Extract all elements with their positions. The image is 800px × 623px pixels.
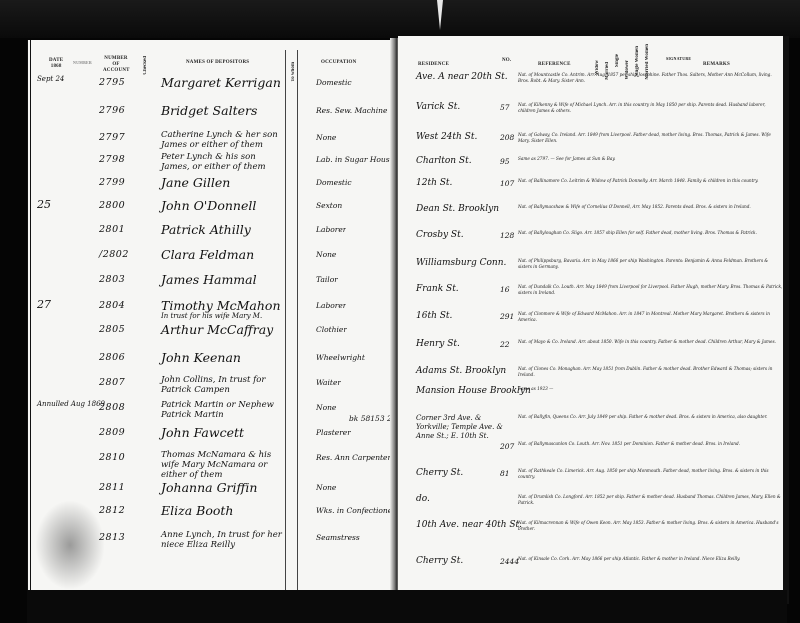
reference-description: Nat. of Ballinamore Co. Leitrim & Widow … [518, 178, 783, 184]
entry-date: Annulled Aug 1869 [37, 400, 105, 408]
reference-description: Nat. of Ballyfin, Queens Co. Arr. July 1… [518, 414, 783, 420]
account-number: 2803 [99, 274, 125, 285]
reference-number: 2444 [500, 557, 519, 566]
account-number: 2797 [99, 132, 125, 143]
depositor-name: James Hammal [161, 272, 257, 287]
occupation: Laborer [316, 225, 346, 234]
residence: 16th St. [416, 311, 452, 321]
occupation: Waiter [316, 378, 341, 387]
residence: Adams St. Brooklyn [416, 366, 506, 376]
account-number: /2802 [99, 249, 129, 260]
depositor-name: John Collins, In trust for Patrick Campe… [161, 375, 286, 395]
reference-description: Nat. of Clones Co. Monaghan. Arr. May 18… [518, 366, 783, 378]
residence: Charlton St. [416, 156, 472, 166]
occupation: Seamstress [316, 533, 360, 542]
document-viewer: DATE 1868 Number Number of Account Check… [0, 0, 800, 623]
header-residence: RESIDENCE [418, 62, 449, 68]
reference-description: Nat. of Kilmacrennan & Wife of Owen Keon… [518, 520, 783, 532]
entry-date: 27 [37, 298, 51, 311]
residence: Henry St. [416, 339, 460, 349]
depositor-name: John O'Donnell [161, 198, 256, 213]
occupation: Res. Ann Carpenter [316, 453, 391, 462]
column-rule [297, 50, 298, 590]
account-number: 2805 [99, 324, 125, 335]
residence: West 24th St. [416, 132, 477, 142]
header-reference: REFERENCE [538, 62, 571, 68]
residence: Cherry St. [416, 556, 463, 566]
residence: Williamsburg Conn. [416, 258, 506, 268]
residence: Dean St. Brooklyn [416, 204, 499, 214]
occupation: None [316, 133, 336, 142]
reference-description: Same as 2797. — See for James at Sun & B… [518, 156, 783, 162]
occupation: Res. Sew. Machine [316, 106, 387, 115]
occupation: Domestic [316, 178, 352, 187]
right-ledger-page: RESIDENCE No. REFERENCE Widow Married Si… [398, 36, 789, 604]
account-number: 2807 [99, 377, 125, 388]
reference-description: Nat. of Dundalk Co. Louth. Arr. May 1849… [518, 284, 783, 296]
reference-number: 207 [500, 442, 514, 451]
header-signature: Signature [666, 56, 691, 62]
depositor-name: Margaret Kerrigan [161, 75, 281, 90]
reference-number: 107 [500, 179, 514, 188]
occupation: Sexton [316, 201, 342, 210]
occupation: Wks. in Confectionery [316, 506, 394, 515]
occupation: None [316, 483, 336, 492]
depositor-name: Patrick Martin or Nephew Patrick Martin [161, 400, 286, 420]
account-number: 2795 [99, 77, 125, 88]
header-small-col: Number [73, 60, 92, 66]
account-number: 2809 [99, 427, 125, 438]
account-number: 2796 [99, 105, 125, 116]
reference-description: Nat. of Clonmore & Wife of Edward McMaho… [518, 311, 783, 323]
residence: 10th Ave. near 40th St. [416, 520, 522, 530]
entry-date: Sept 24 [37, 75, 64, 83]
reference-description: Nat. of Drumlish Co. Longford. Arr. 1852… [518, 494, 783, 506]
depositor-name: Anne Lynch, In trust for her niece Eliza… [161, 530, 286, 550]
occupation: Plasterer [316, 428, 351, 437]
viewer-top-shadow [0, 0, 800, 38]
account-number: 2810 [99, 452, 125, 463]
occupation: None [316, 250, 336, 259]
depositor-name: Johanna Griffin [161, 480, 257, 495]
residence: Mansion House Brooklyn [416, 386, 531, 396]
depositor-name: Eliza Booth [161, 503, 233, 518]
account-number: 2801 [99, 224, 125, 235]
residence: Ave. A near 20th St. [416, 72, 508, 82]
occupation: None [316, 403, 336, 412]
reference-description: Nat. of Rathkeale Co. Limerick. Arr. Aug… [518, 468, 783, 480]
residence: Crosby St. [416, 230, 464, 240]
account-number: 2798 [99, 154, 125, 165]
water-stain [35, 500, 105, 590]
viewer-bottom-shadow [27, 590, 787, 623]
occupation: Tailor [316, 275, 338, 284]
header-remarks: REMARKS [703, 62, 730, 68]
residence: Cherry St. [416, 468, 463, 478]
reference-description: Nat. of Ballymacshaw & Wife of Cornelius… [518, 204, 783, 210]
reference-description: Nat. of Mountcastle Co. Antrim. Arr. Aug… [518, 72, 783, 84]
reference-description: Nat. of Ballyloughan Co. Sligo. Arr. 185… [518, 230, 783, 236]
depositor-name: Patrick Athilly [161, 222, 251, 237]
reference-description: Nat. of Philippsburg, Bavaria. Arr. in M… [518, 258, 783, 270]
reference-number: 22 [500, 340, 510, 349]
depositor-note: In trust for his wife Mary M. [161, 312, 262, 320]
residence: Frank St. [416, 284, 459, 294]
entry-date: 25 [37, 198, 51, 211]
account-number: 2811 [99, 482, 125, 493]
occupation: Wheelwright [316, 353, 365, 362]
depositor-name: Arthur McCaffray [161, 322, 273, 337]
header-checked: Checked [143, 56, 149, 75]
depositor-name: Timothy McMahon [161, 298, 281, 313]
occupation: Lab. in Sugar House [316, 155, 394, 164]
header-no: No. [502, 58, 511, 64]
reference-description: Nat. of Kinsale Co. Cork. Arr. May 1866 … [518, 556, 783, 562]
header-date: DATE 1868 [49, 58, 63, 70]
reference-number: 291 [500, 312, 514, 321]
reference-description: Nat. of Kilkenny & Wife of Michael Lynch… [518, 102, 783, 114]
depositor-name: John Fawcett [161, 425, 244, 440]
residence: do. [416, 494, 430, 504]
reference-description: Same as 1923 — [518, 386, 783, 392]
occupation: Laborer [316, 301, 346, 310]
occupation: Domestic [316, 78, 352, 87]
account-number: 2804 [99, 300, 125, 311]
reference-description: Nat. of Ballymascanlon Co. Louth. Arr. N… [518, 441, 783, 447]
depositor-name: Thomas McNamara & his wife Mary McNamara… [161, 450, 286, 480]
reference-description: Nat. of Mayo & Co. Ireland. Arr. about 1… [518, 339, 783, 345]
header-account-number: Number of Account [103, 56, 129, 74]
reference-number: 208 [500, 133, 514, 142]
residence: 12th St. [416, 178, 452, 188]
header-occupation: OCCUPATION [321, 60, 356, 66]
account-number: 2799 [99, 177, 125, 188]
depositor-name: Clara Feldman [161, 247, 254, 262]
account-number: 2808 [99, 402, 125, 413]
depositor-name: John Keenan [161, 350, 241, 365]
reference-number: 16 [500, 285, 510, 294]
reference-number: 57 [500, 103, 510, 112]
header-single: Single [615, 54, 621, 67]
reference-description: Nat. of Galway, Co. Ireland. Arr. 1849 f… [518, 132, 783, 144]
depositor-name: Peter Lynch & his son James, or either o… [161, 152, 286, 172]
reference-number: 81 [500, 469, 510, 478]
header-names-of-depositors: NAMES OF DEPOSITORS [186, 60, 249, 66]
residence: Varick St. [416, 102, 460, 112]
depositor-name: Bridget Salters [161, 103, 257, 118]
account-number: 2800 [99, 200, 125, 211]
residence: Corner 3rd Ave. & Yorkville; Temple Ave.… [416, 414, 506, 441]
occupation: Clothier [316, 325, 347, 334]
reference-number: 95 [500, 157, 510, 166]
depositor-name: Catherine Lynch & her son James or eithe… [161, 130, 286, 150]
depositor-name: Jane Gillen [161, 175, 230, 190]
reference-number: 128 [500, 231, 514, 240]
bookmark-ribbon [437, 0, 443, 30]
account-number: 2806 [99, 352, 125, 363]
